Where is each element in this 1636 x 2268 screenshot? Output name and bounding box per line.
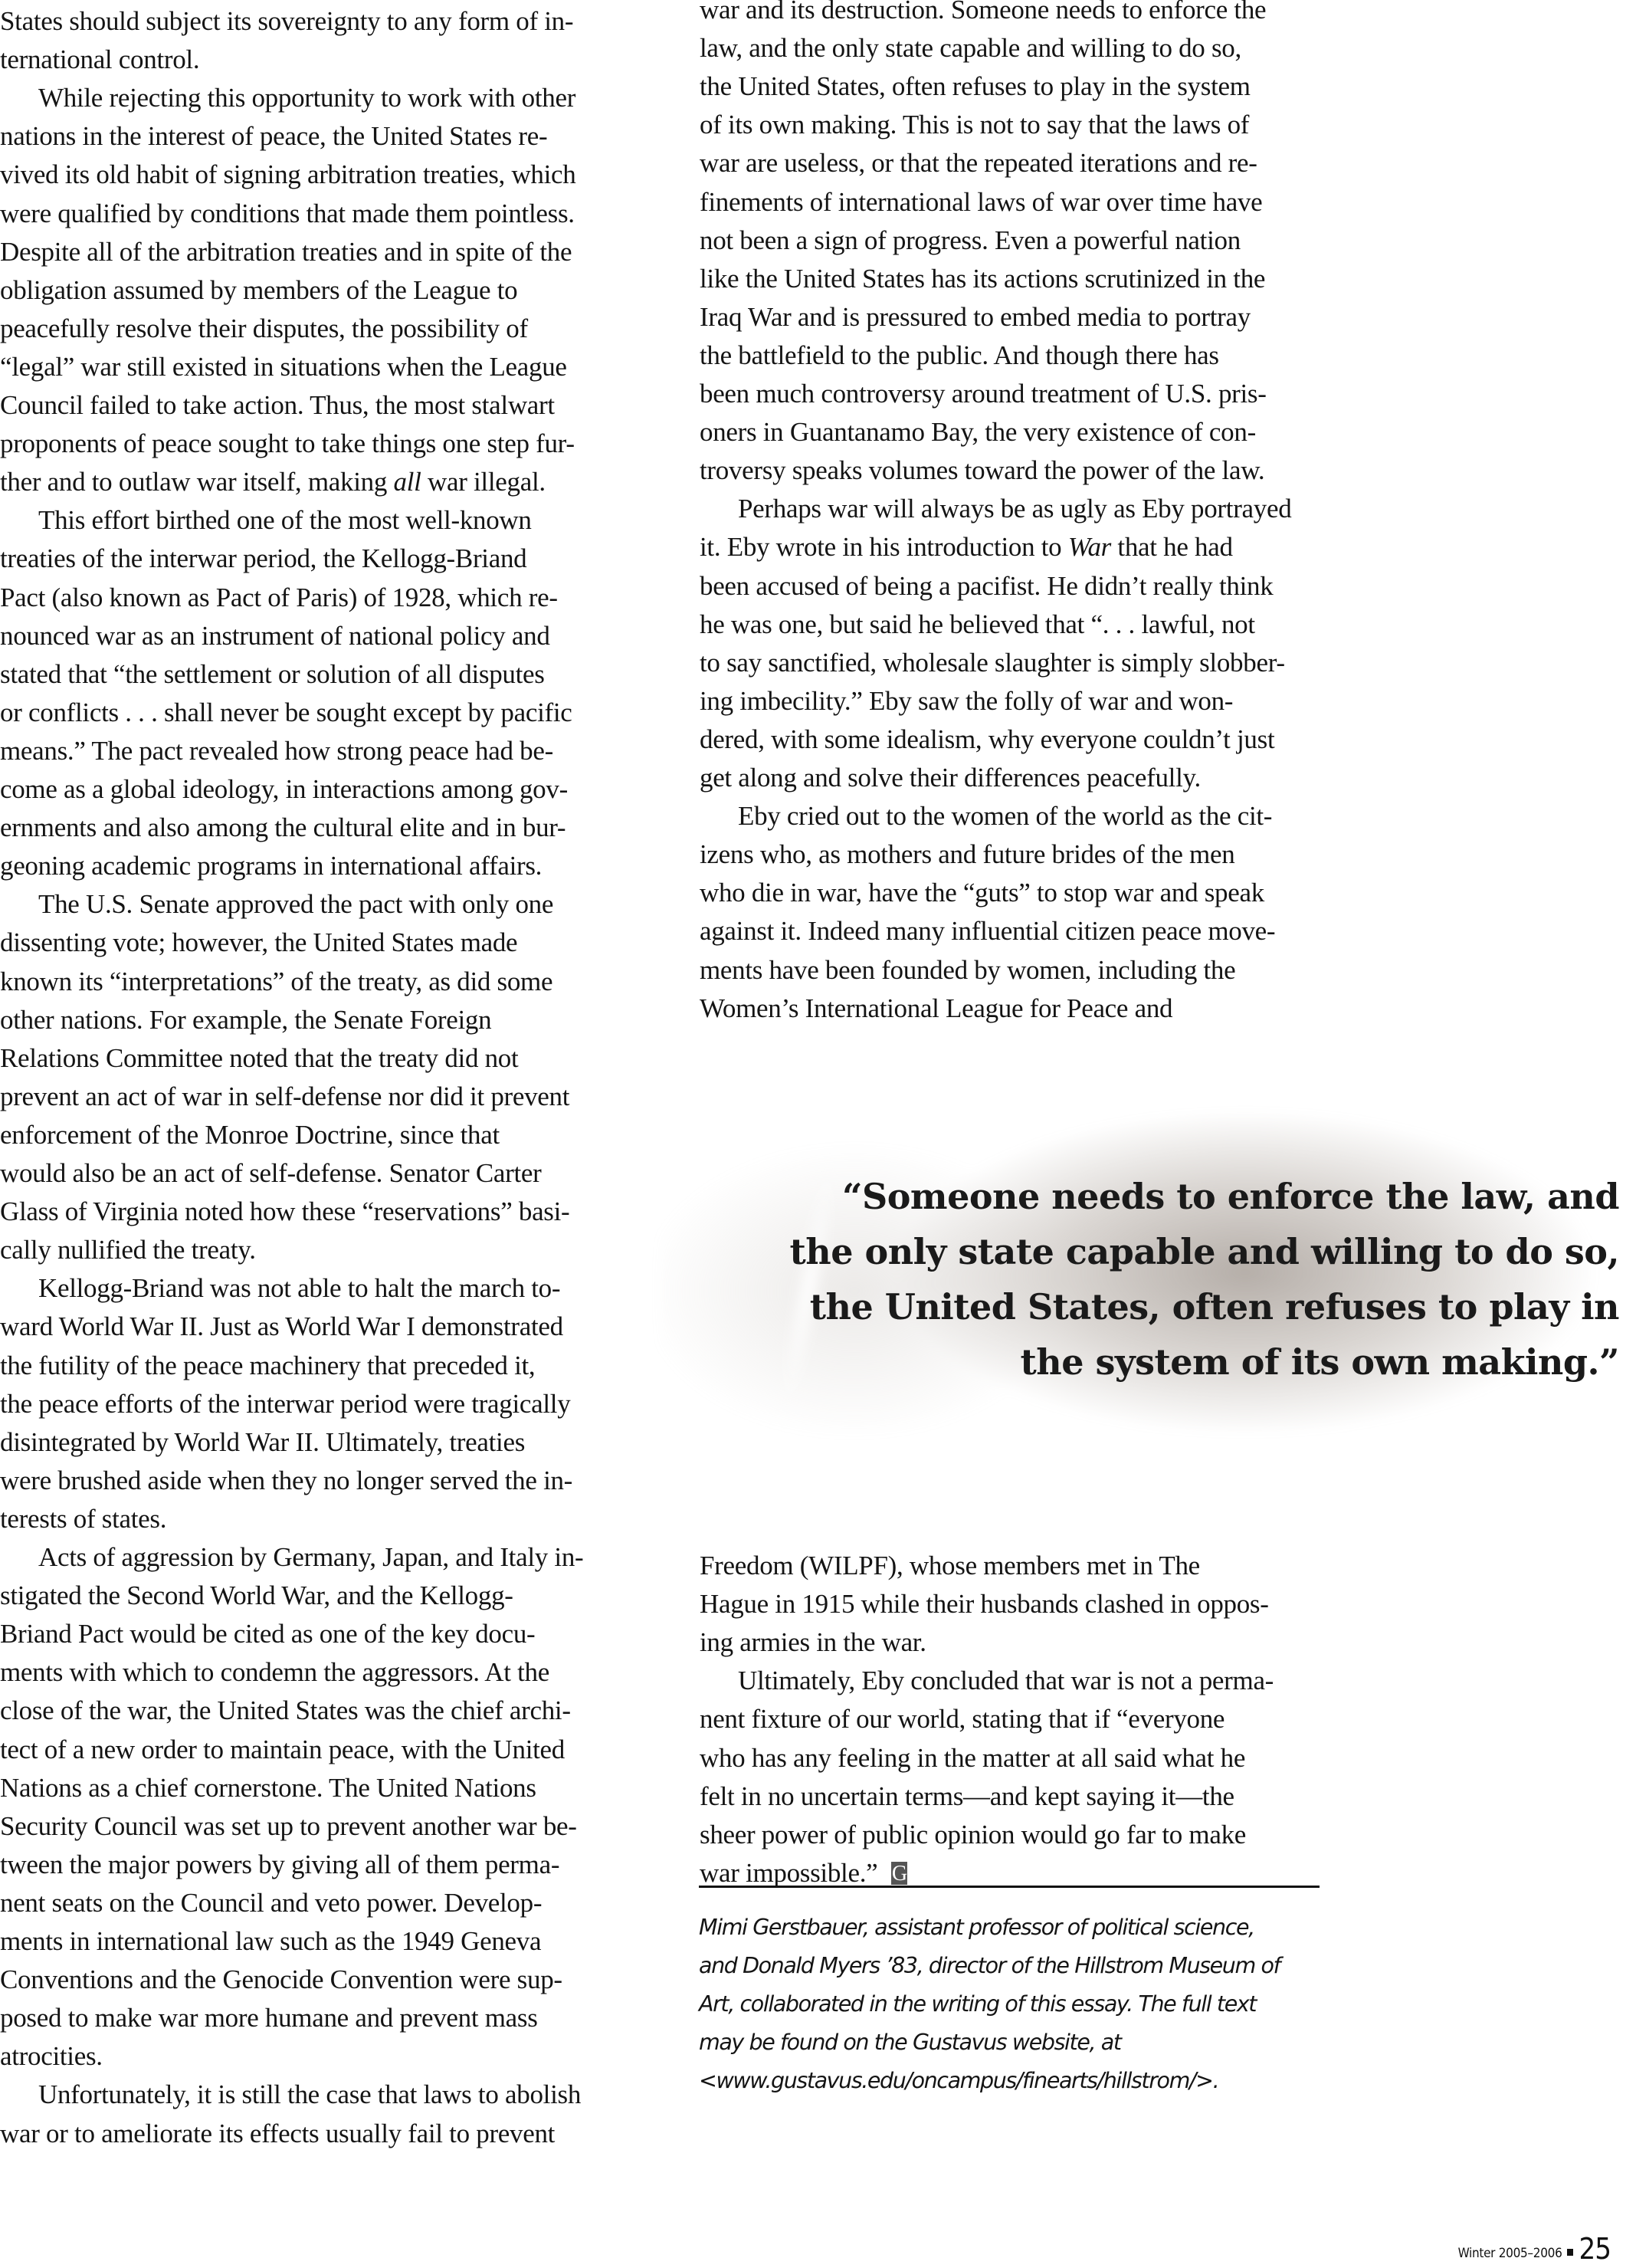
text-line: Council failed to take action. Thus, the… xyxy=(0,386,555,425)
text-line: the United States, often refuses to play… xyxy=(700,67,1251,106)
text-line: he was one, but said he believed that “.… xyxy=(700,606,1255,644)
text-line: war are useless, or that the repeated it… xyxy=(700,144,1257,182)
pull-quote-line: the United States, often refuses to play… xyxy=(700,1279,1619,1334)
text-line: ternational control. xyxy=(0,41,199,79)
text-line: izens who, as mothers and future brides … xyxy=(700,835,1234,874)
pull-quote-line: the only state capable and willing to do… xyxy=(700,1224,1619,1279)
text-line: known its “interpretations” of the treat… xyxy=(0,963,552,1001)
text-line: come as a global ideology, in interactio… xyxy=(0,770,568,809)
text-line: not been a sign of progress. Even a powe… xyxy=(700,222,1241,260)
text-line: to say sanctified, wholesale slaughter i… xyxy=(700,644,1285,682)
text-line: against it. Indeed many influential citi… xyxy=(700,912,1275,950)
text-line: The U.S. Senate approved the pact with o… xyxy=(38,885,553,924)
text-line: ernments and also among the cultural eli… xyxy=(0,809,566,847)
author-credit: Mimi Gerstbauer, assistant professor of … xyxy=(699,1909,1327,2100)
page-number: 25 xyxy=(1579,2232,1611,2266)
text-line: law, and the only state capable and will… xyxy=(700,29,1241,67)
text-line: Nations as a chief cornerstone. The Unit… xyxy=(0,1769,536,1807)
text-line: oners in Guantanamo Bay, the very existe… xyxy=(700,413,1256,451)
text-line: peacefully resolve their disputes, the p… xyxy=(0,310,528,348)
text-line: nations in the interest of peace, the Un… xyxy=(0,117,547,156)
italic-title: all xyxy=(393,467,421,497)
text-line: ward World War II. Just as World War I d… xyxy=(0,1308,563,1346)
issue-label: Winter 2005–2006 xyxy=(1458,2246,1562,2261)
text-line: ing imbecility.” Eby saw the folly of wa… xyxy=(700,682,1233,720)
magazine-page: States should subject its sovereignty to… xyxy=(0,0,1636,2268)
text-line: nent seats on the Council and veto power… xyxy=(0,1884,542,1922)
text-line: Kellogg-Briand was not able to halt the … xyxy=(38,1269,560,1308)
text-line: the battlefield to the public. And thoug… xyxy=(700,336,1219,375)
text-line: been much controversy around treatment o… xyxy=(700,375,1267,413)
text-line: prevent an act of war in self-defense no… xyxy=(0,1078,569,1116)
text-line: war or to ameliorate its effects usually… xyxy=(0,2115,555,2153)
text-line: were qualified by conditions that made t… xyxy=(0,195,575,233)
text-line: stigated the Second World War, and the K… xyxy=(0,1577,513,1615)
text-line: who die in war, have the “guts” to stop … xyxy=(700,874,1264,912)
italic-title: War xyxy=(1068,532,1111,562)
text-line: tween the major powers by giving all of … xyxy=(0,1846,559,1884)
text-line: Unfortunately, it is still the case that… xyxy=(38,2076,581,2114)
credit-line: Mimi Gerstbauer, assistant professor of … xyxy=(699,1909,1327,1947)
text-line: stated that “the settlement or solution … xyxy=(0,655,545,694)
credit-line: and Donald Myers ’83, director of the Hi… xyxy=(699,1947,1327,1985)
text-line: means.” The pact revealed how strong pea… xyxy=(0,732,553,770)
text-line: it. Eby wrote in his introduction to War… xyxy=(700,528,1233,566)
text-line: vived its old habit of signing arbitrati… xyxy=(0,156,575,194)
text-line: Glass of Virginia noted how these “reser… xyxy=(0,1193,569,1231)
text-line: would also be an act of self-defense. Se… xyxy=(0,1154,541,1193)
text-line: Briand Pact would be cited as one of the… xyxy=(0,1615,535,1653)
text-line: enforcement of the Monroe Doctrine, sinc… xyxy=(0,1116,500,1154)
text-line: States should subject its sovereignty to… xyxy=(0,2,573,41)
text-line: geoning academic programs in internation… xyxy=(0,847,542,885)
credit-line: Art, collaborated in the writing of this… xyxy=(699,1985,1327,2023)
text-line: ments with which to condemn the aggresso… xyxy=(0,1653,549,1692)
text-line: the peace efforts of the interwar period… xyxy=(0,1385,570,1423)
text-line: finements of international laws of war o… xyxy=(700,183,1262,222)
text-line: like the United States has its actions s… xyxy=(700,260,1265,298)
text-line: or conflicts . . . shall never be sought… xyxy=(0,694,572,732)
text-line: atrocities. xyxy=(0,2037,103,2076)
text-line: Relations Committee noted that the treat… xyxy=(0,1039,518,1078)
text-line: Acts of aggression by Germany, Japan, an… xyxy=(38,1538,583,1577)
text-line: Security Council was set up to prevent a… xyxy=(0,1807,577,1846)
text-line: Conventions and the Genocide Convention … xyxy=(0,1961,562,1999)
pull-quote-line: the system of its own making.” xyxy=(700,1334,1619,1390)
text-line: “legal” war still existed in situations … xyxy=(0,348,567,386)
page-folio: Winter 2005–200625 xyxy=(1458,2232,1611,2266)
text-line: been accused of being a pacifist. He did… xyxy=(700,567,1273,606)
text-line: Pact (also known as Pact of Paris) of 19… xyxy=(0,579,558,617)
text-line: Hague in 1915 while their husbands clash… xyxy=(700,1585,1269,1623)
section-divider-rule xyxy=(699,1886,1320,1888)
text-line: treaties of the interwar period, the Kel… xyxy=(0,540,526,578)
pull-quote-line: “Someone needs to enforce the law, and xyxy=(700,1169,1619,1224)
text-line: Freedom (WILPF), whose members met in Th… xyxy=(700,1547,1200,1585)
text-line: obligation assumed by members of the Lea… xyxy=(0,271,517,310)
text-line: posed to make war more humane and preven… xyxy=(0,1999,538,2037)
text-line: Iraq War and is pressured to embed media… xyxy=(700,298,1251,336)
text-line: the futility of the peace machinery that… xyxy=(0,1347,535,1385)
text-line: nounced war as an instrument of national… xyxy=(0,617,550,655)
text-line: disintegrated by World War II. Ultimatel… xyxy=(0,1423,525,1462)
text-line: who has any feeling in the matter at all… xyxy=(700,1739,1245,1777)
end-mark-g-icon: G xyxy=(891,1862,907,1885)
text-line: Despite all of the arbitration treaties … xyxy=(0,233,572,271)
text-line: other nations. For example, the Senate F… xyxy=(0,1001,491,1039)
text-line: war and its destruction. Someone needs t… xyxy=(700,0,1266,29)
text-line: ments have been founded by women, includ… xyxy=(700,951,1235,990)
text-line: terests of states. xyxy=(0,1500,166,1538)
text-line: of its own making. This is not to say th… xyxy=(700,106,1249,144)
pull-quote: “Someone needs to enforce the law, and t… xyxy=(700,1169,1619,1390)
text-line: ing armies in the war. xyxy=(700,1623,926,1662)
text-line: get along and solve their differences pe… xyxy=(700,759,1201,797)
text-line: felt in no uncertain terms—and kept sayi… xyxy=(700,1777,1234,1816)
text-line: proponents of peace sought to take thing… xyxy=(0,425,575,463)
text-line: ments in international law such as the 1… xyxy=(0,1922,541,1961)
text-line: sheer power of public opinion would go f… xyxy=(700,1816,1246,1854)
text-line: cally nullified the treaty. xyxy=(0,1231,256,1269)
text-line: dissenting vote; however, the United Sta… xyxy=(0,924,517,962)
text-line: troversy speaks volumes toward the power… xyxy=(700,451,1264,490)
text-line: ther and to outlaw war itself, making al… xyxy=(0,463,546,501)
text-line: This effort birthed one of the most well… xyxy=(38,501,532,540)
credit-line: may be found on the Gustavus website, at xyxy=(699,2023,1327,2062)
text-line: Eby cried out to the women of the world … xyxy=(738,797,1272,835)
credit-link[interactable]: <www.gustavus.edu/oncampus/finearts/hill… xyxy=(699,2062,1327,2100)
text-line: Women’s International League for Peace a… xyxy=(700,990,1172,1028)
bullet-square-icon xyxy=(1567,2249,1573,2256)
text-line: nent fixture of our world, stating that … xyxy=(700,1700,1225,1738)
text-line: close of the war, the United States was … xyxy=(0,1692,571,1730)
text-line: Perhaps war will always be as ugly as Eb… xyxy=(738,490,1291,528)
text-line: dered, with some idealism, why everyone … xyxy=(700,720,1274,759)
text-line: Ultimately, Eby concluded that war is no… xyxy=(738,1662,1274,1700)
text-line: were brushed aside when they no longer s… xyxy=(0,1462,572,1500)
text-line: tect of a new order to maintain peace, w… xyxy=(0,1731,565,1769)
text-line: While rejecting this opportunity to work… xyxy=(38,79,575,117)
